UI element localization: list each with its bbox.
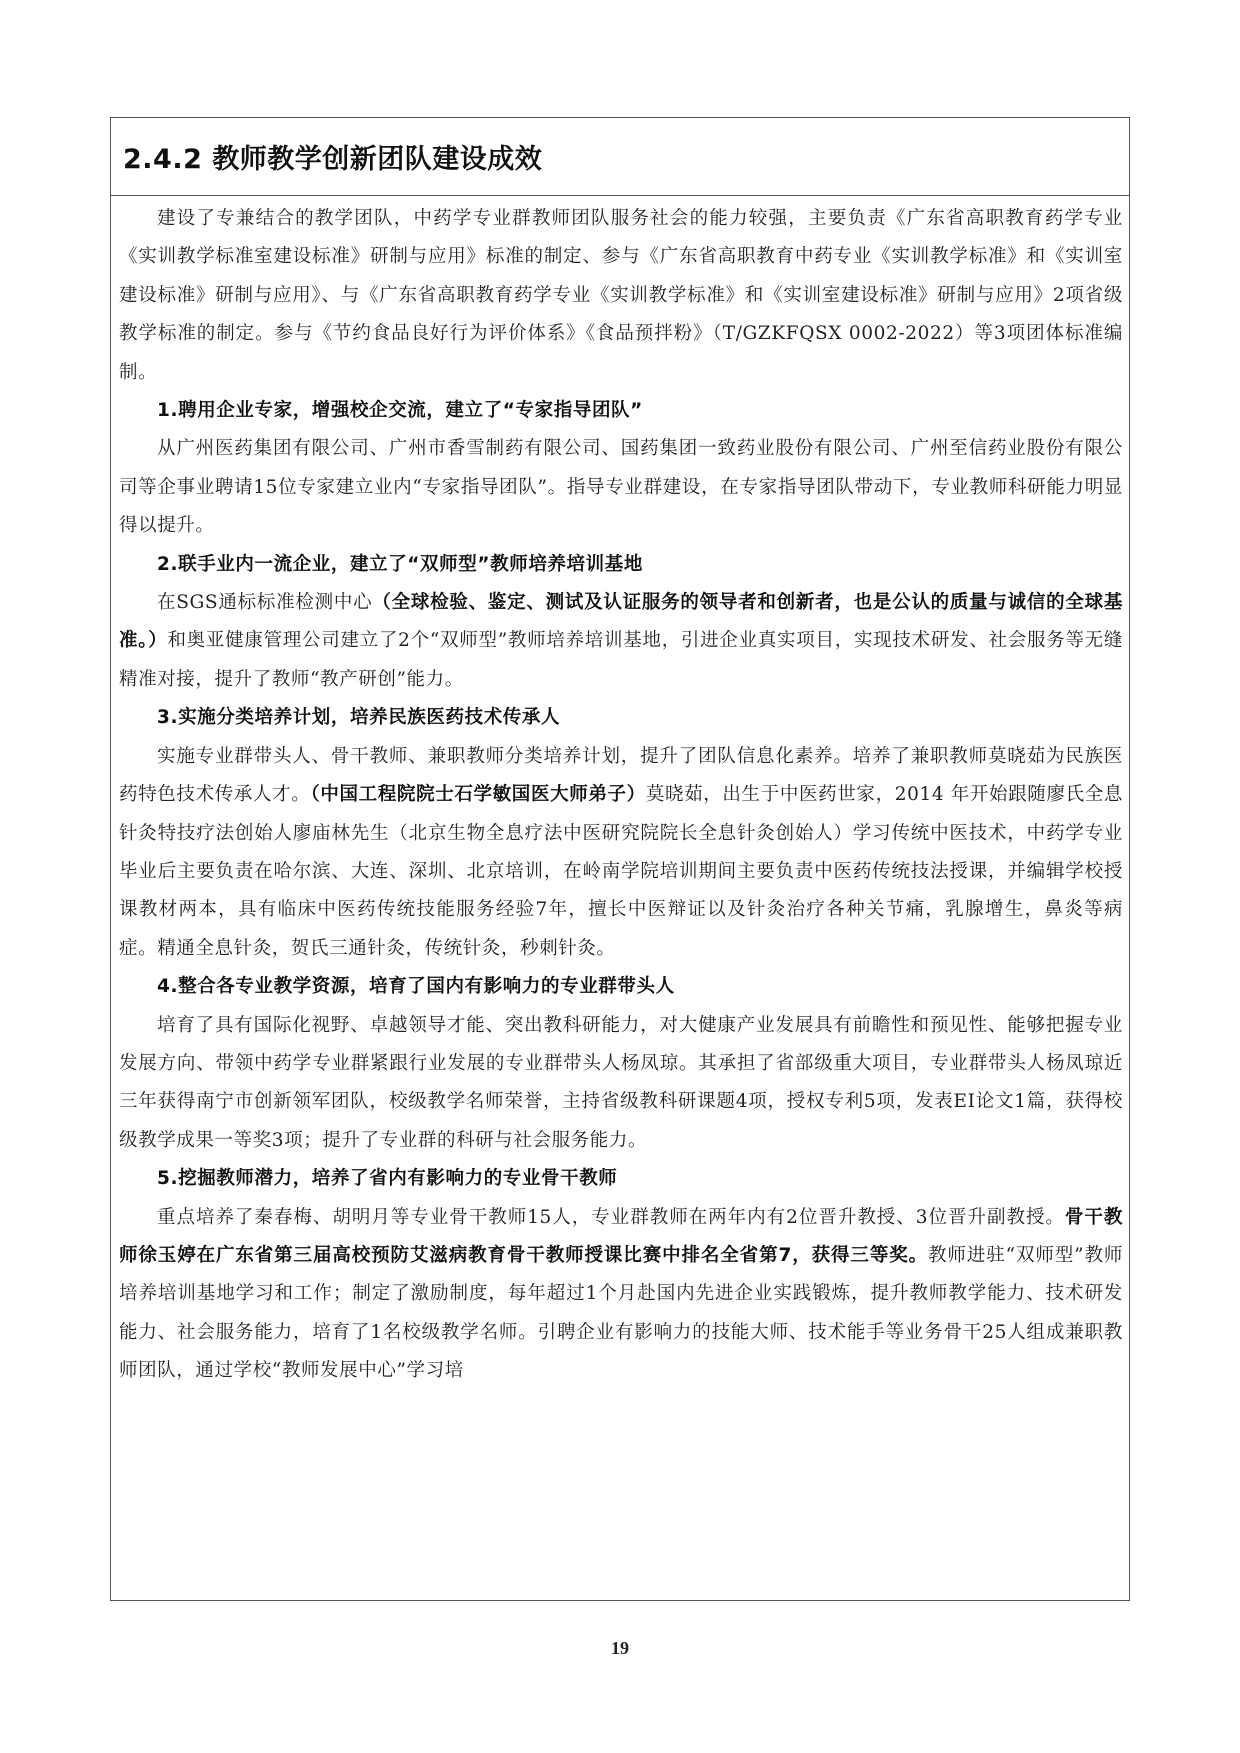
subsection-body: 培育了具有国际化视野、卓越领导才能、突出教科研能力，对大健康产业发展具有前瞻性和… (119, 1007, 1123, 1161)
subsection-heading: 5.挖掘教师潜力，培养了省内有影响力的专业骨干教师 (119, 1160, 1123, 1198)
intro-paragraph: 建设了专兼结合的教学团队，中药学专业群教师团队服务社会的能力较强，主要负责《广东… (119, 200, 1123, 392)
body-text: 从广州医药集团有限公司、广州市香雪制药有限公司、国药集团一致药业股份有限公司、广… (119, 438, 1123, 536)
subsection-body: 从广州医药集团有限公司、广州市香雪制药有限公司、国药集团一致药业股份有限公司、广… (119, 430, 1123, 545)
content-table: 2.4.2 教师教学创新团队建设成效 建设了专兼结合的教学团队，中药学专业群教师… (110, 117, 1130, 1601)
subsection-body: 在SGS通标标准检测中心（全球检验、鉴定、测试及认证服务的领导者和创新者，也是公… (119, 584, 1123, 699)
subsection-heading: 2.联手业内一流企业，建立了“双师型”教师培养培训基地 (119, 546, 1123, 584)
section-content: 建设了专兼结合的教学团队，中药学专业群教师团队服务社会的能力较强，主要负责《广东… (111, 196, 1129, 1391)
subsection-heading: 4.整合各专业教学资源，培育了国内有影响力的专业群带头人 (119, 968, 1123, 1006)
page-number: 19 (0, 1638, 1240, 1659)
subsection-heading: 1.聘用企业专家，增强校企交流，建立了“专家指导团队” (119, 392, 1123, 430)
subsection-heading: 3.实施分类培养计划，培养民族医药技术传承人 (119, 699, 1123, 737)
bold-text: （中国工程院院士石学敏国医大师弟子） (310, 784, 645, 805)
body-text: 和奥亚健康管理公司建立了2个“双师型”教师培养培训基地，引进企业真实项目，实现技… (119, 630, 1123, 689)
subsections: 1.聘用企业专家，增强校企交流，建立了“专家指导团队”从广州医药集团有限公司、广… (119, 392, 1123, 1391)
body-text: 在SGS通标标准检测中心 (157, 592, 372, 613)
section-header: 2.4.2 教师教学创新团队建设成效 (111, 118, 1129, 196)
body-text: 培育了具有国际化视野、卓越领导才能、突出教科研能力，对大健康产业发展具有前瞻性和… (119, 1015, 1123, 1151)
subsection-body: 实施专业群带头人、骨干教师、兼职教师分类培养计划，提升了团队信息化素养。培养了兼… (119, 738, 1123, 968)
body-text: 莫晓茹，出生于中医药世家，2014 年开始跟随廖氏全息针灸特技疗法创始人廖庙林先… (119, 784, 1123, 959)
section-title: 2.4.2 教师教学创新团队建设成效 (123, 137, 542, 176)
body-text: 重点培养了秦春梅、胡明月等专业骨干教师15人，专业群教师在两年内有2位晋升教授、… (157, 1207, 1065, 1228)
subsection-body: 重点培养了秦春梅、胡明月等专业骨干教师15人，专业群教师在两年内有2位晋升教授、… (119, 1199, 1123, 1391)
